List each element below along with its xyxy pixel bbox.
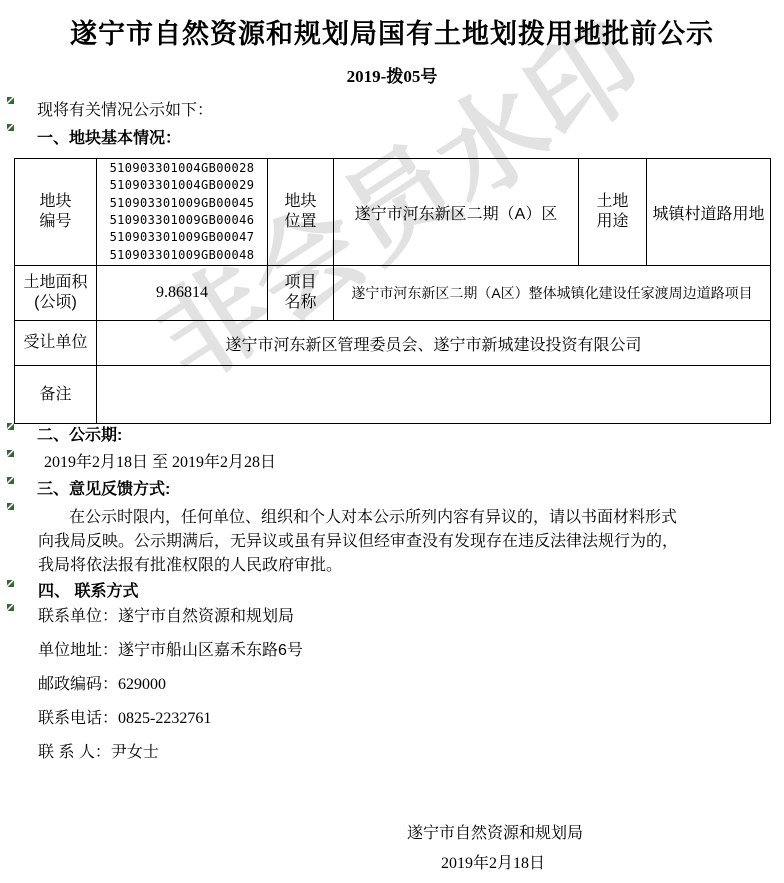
table-row: 地块 编号 510903301004GB00028 510903301004GB… xyxy=(15,159,771,266)
contact-label: 邮政编码： xyxy=(38,676,118,693)
project-name-value: 遂宁市河东新区二期（A区）整体城镇化建设任家渡周边道路项目 xyxy=(334,266,771,321)
publicity-period: 2019年2月18日 至 2019年2月28日 xyxy=(44,453,276,472)
contact-label: 联 系 人： xyxy=(38,744,111,761)
contact-value: 629000 xyxy=(118,676,166,693)
section3-heading: 三、意见反馈方式: xyxy=(37,480,170,499)
contact-label: 联系电话： xyxy=(38,710,118,727)
page-title: 遂宁市自然资源和规划局国有土地划拨用地批前公示 xyxy=(0,12,784,51)
grantee-value: 遂宁市河东新区管理委员会、遂宁市新城建设投资有限公司 xyxy=(97,321,771,366)
remark-value xyxy=(97,366,771,424)
document-number: 2019-拨05号 xyxy=(0,62,784,87)
contact-value: 遂宁市自然资源和规划局 xyxy=(118,608,294,625)
grantee-label: 受让单位 xyxy=(15,321,97,366)
contact-value: 0825-2232761 xyxy=(118,710,211,727)
revision-marker-icon xyxy=(7,477,14,484)
project-name-label: 项目 名称 xyxy=(268,266,334,321)
revision-marker-icon xyxy=(7,124,14,131)
announcement-page: 非会员水印 遂宁市自然资源和规划局国有土地划拨用地批前公示 2019-拨05号 … xyxy=(0,0,784,883)
section2-heading: 二、公示期: xyxy=(37,426,122,445)
parcel-id-label: 地块 编号 xyxy=(15,159,97,266)
parcel-id-values: 510903301004GB00028 510903301004GB00029 … xyxy=(97,159,268,266)
contact-phone-line: 联系电话：0825-2232761 xyxy=(38,709,211,728)
feedback-paragraph-line: 我局将依法报有批准权限的人民政府审批。 xyxy=(38,554,342,578)
table-row: 备注 xyxy=(15,366,771,424)
contact-value: 尹女士 xyxy=(111,744,159,761)
area-value: 9.86814 xyxy=(97,266,268,321)
location-label: 地块 位置 xyxy=(268,159,334,266)
revision-marker-icon xyxy=(7,450,14,457)
land-use-value: 城镇村道路用地 xyxy=(647,159,771,266)
area-label: 土地面积 (公顷) xyxy=(15,266,97,321)
contact-address-line: 单位地址：遂宁市船山区嘉禾东路6号 xyxy=(38,641,303,660)
contact-value: 遂宁市船山区嘉禾东路6号 xyxy=(118,642,303,659)
feedback-paragraph-line: 在公示时限内，任何单位、组织和个人对本公示所列内容有异议的，请以书面材料形式 xyxy=(38,506,677,530)
land-use-label: 土地 用途 xyxy=(579,159,647,266)
contact-label: 单位地址： xyxy=(38,642,118,659)
revision-marker-icon xyxy=(7,97,14,104)
footer-organization: 遂宁市自然资源和规划局 xyxy=(407,820,583,843)
contact-unit-line: 联系单位：遂宁市自然资源和规划局 xyxy=(38,607,294,626)
land-info-table: 地块 编号 510903301004GB00028 510903301004GB… xyxy=(14,158,771,424)
contact-person-line: 联 系 人：尹女士 xyxy=(38,743,159,762)
contact-label: 联系单位： xyxy=(38,608,118,625)
revision-marker-icon xyxy=(7,423,14,430)
section4-heading: 四、 联系方式 xyxy=(38,582,138,601)
revision-marker-icon xyxy=(7,604,14,611)
remark-label: 备注 xyxy=(15,366,97,424)
contact-postcode-line: 邮政编码：629000 xyxy=(38,675,166,694)
table-row: 受让单位 遂宁市河东新区管理委员会、遂宁市新城建设投资有限公司 xyxy=(15,321,771,366)
feedback-paragraph-line: 向我局反映。公示期满后，无异议或虽有异议但经审查没有发现存在违反法律法规行为的， xyxy=(38,530,678,554)
footer-date: 2019年2月18日 xyxy=(441,850,545,873)
intro-text: 现将有关情况公示如下： xyxy=(37,101,213,120)
revision-marker-icon xyxy=(7,503,14,510)
revision-marker-icon xyxy=(7,580,14,587)
location-value: 遂宁市河东新区二期（A）区 xyxy=(334,159,579,266)
table-row: 土地面积 (公顷) 9.86814 项目 名称 遂宁市河东新区二期（A区）整体城… xyxy=(15,266,771,321)
section1-heading: 一、地块基本情况： xyxy=(37,129,181,148)
